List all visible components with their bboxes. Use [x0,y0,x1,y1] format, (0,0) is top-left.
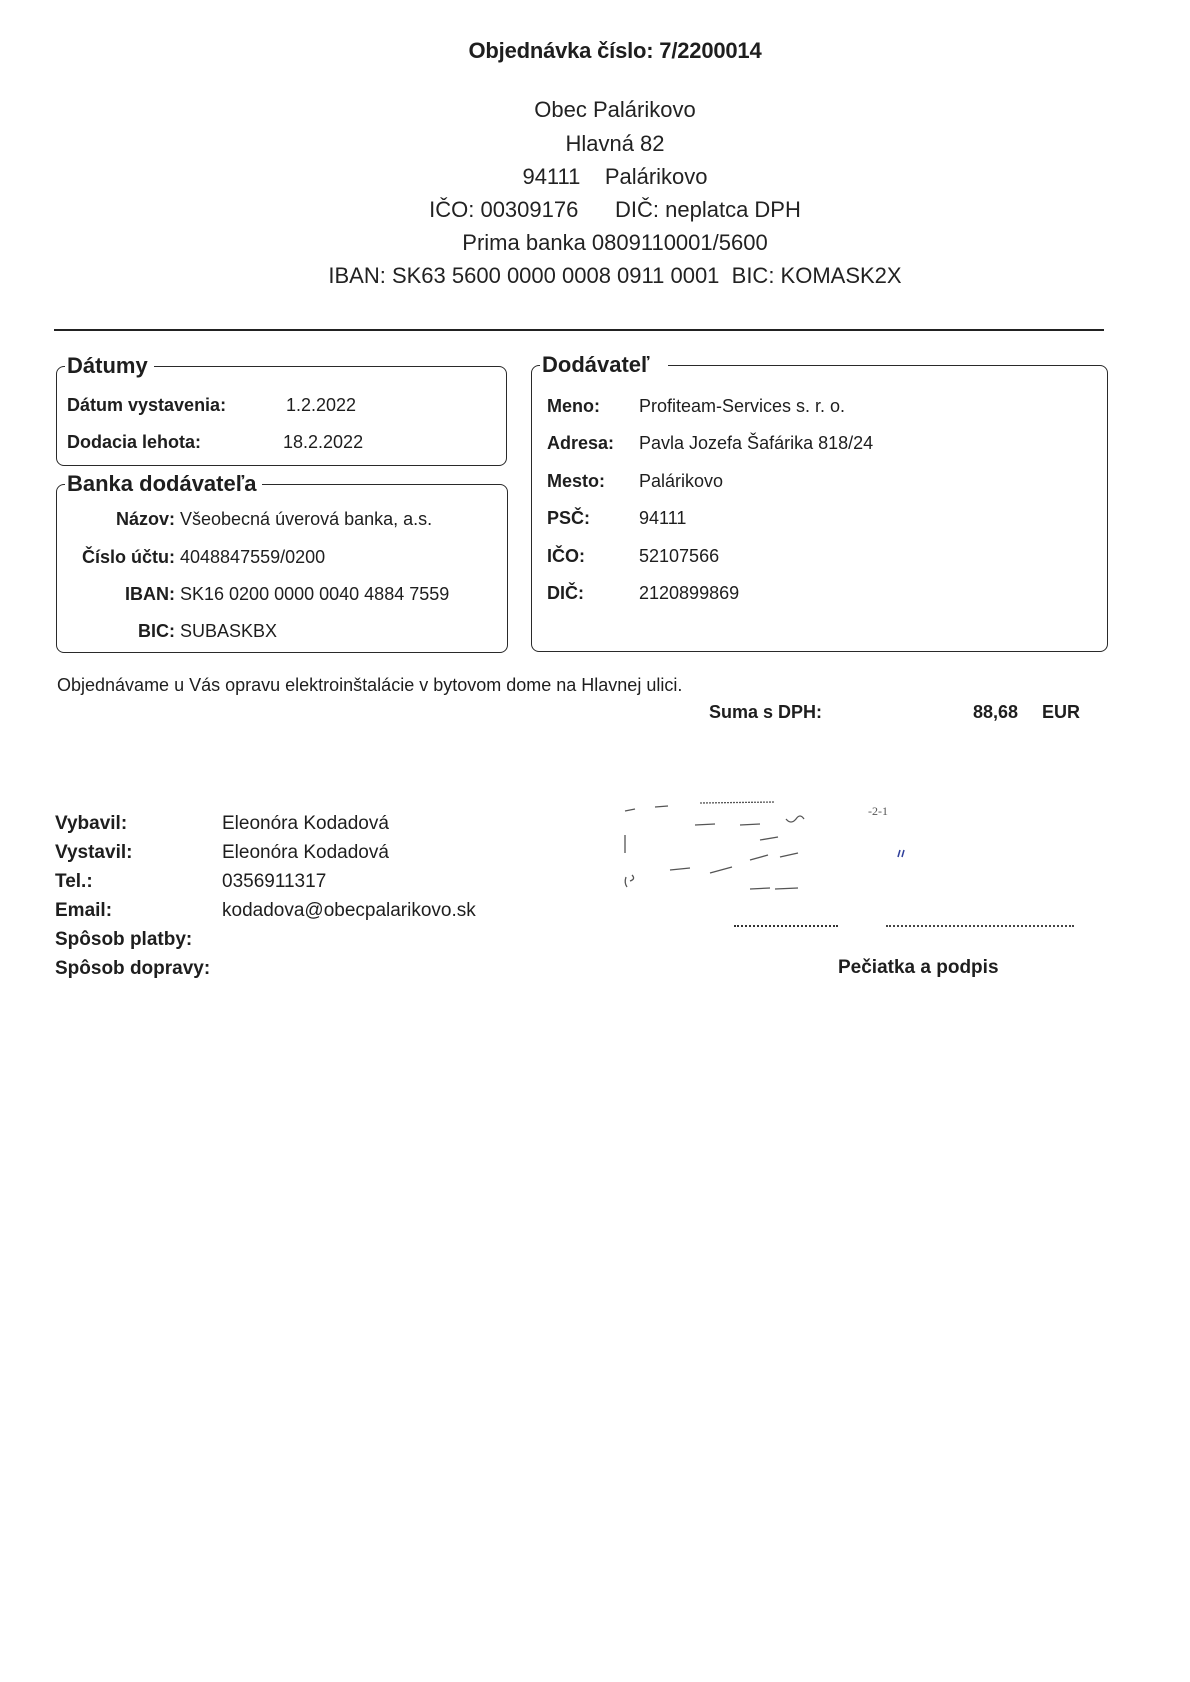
stamp-fragment-text: -2-1 [868,804,888,818]
total-currency: EUR [1042,702,1080,723]
account-number-label: Číslo účtu: [82,547,175,568]
issuer-iban: IBAN: SK63 5600 0000 0008 0911 0001 BIC:… [0,263,1190,289]
supplier-company-id-value: 52107566 [639,546,719,567]
supplier-tax-id-value: 2120899869 [639,583,739,604]
supplier-box: Dodávateľ Meno:Profiteam-Services s. r. … [531,365,1108,652]
stamp-signature-label: Pečiatka a podpis [838,957,999,979]
supplier-postal-code-label: PSČ: [547,508,590,529]
handled-by-value: Eleonóra Kodadová [222,813,389,835]
handled-by-label: Vybavil: [55,813,127,835]
payment-method-label: Spôsob platby: [55,929,192,951]
bank-name-label: Názov: [116,509,175,530]
delivery-deadline-value: 18.2.2022 [283,432,363,453]
delivery-deadline-label: Dodacia lehota: [67,432,201,452]
supplier-bank-box: Banka dodávateľa Názov: Všeobecná úverov… [56,484,508,653]
issuer-city: 94111 Palárikovo [0,164,1190,190]
phone-value: 0356911317 [222,871,326,893]
issued-by-label: Vystavil: [55,842,132,864]
supplier-postal-code-value: 94111 [639,508,686,529]
stamp-signature-mark: -2-1 [620,795,920,915]
supplier-tax-id-label: DIČ: [547,583,584,604]
order-description: Objednávame u Vás opravu elektroinštalác… [57,675,682,696]
date-issued-row: Dátum vystavenia: [67,395,226,416]
shipping-method-label: Spôsob dopravy: [55,958,210,980]
supplier-name-value: Profiteam-Services s. r. o. [639,396,845,417]
delivery-deadline-row: Dodacia lehota: [67,432,201,453]
issued-by-value: Eleonóra Kodadová [222,842,389,864]
issuer-street: Hlavná 82 [0,131,1190,157]
supplier-address-label: Adresa: [547,433,614,454]
issuer-ids: IČO: 00309176 DIČ: neplatca DPH [0,197,1190,223]
supplier-city-value: Palárikovo [639,471,723,492]
dates-box: Dátumy Dátum vystavenia: 1.2.2022 Dodaci… [56,366,507,466]
header-divider [54,329,1104,331]
date-issued-value: 1.2.2022 [286,395,356,416]
issuer-block: Obec Palárikovo Hlavná 82 94111 Paláriko… [0,0,1190,300]
supplier-city-label: Mesto: [547,471,605,492]
supplier-address-value: Pavla Jozefa Šafárika 818/24 [639,433,873,454]
issuer-bank: Prima banka 0809110001/5600 [0,230,1190,256]
bank-iban-label: IBAN: [125,584,175,605]
stamp-line [734,925,838,927]
phone-label: Tel.: [55,871,93,893]
supplier-bank-box-title: Banka dodávateľa [65,471,262,497]
signature-line [886,925,1074,927]
supplier-company-id-label: IČO: [547,546,585,567]
total-label: Suma s DPH: [709,702,822,723]
bank-bic-label: BIC: [138,621,175,642]
supplier-box-title: Dodávateľ [540,352,668,378]
email-label: Email: [55,900,112,922]
issuer-name: Obec Palárikovo [0,97,1190,123]
dates-box-title: Dátumy [65,353,154,379]
supplier-name-label: Meno: [547,396,600,417]
total-value: 88,68 [973,702,1018,723]
date-issued-label: Dátum vystavenia: [67,395,226,415]
email-value: kodadova@obecpalarikovo.sk [222,900,476,922]
